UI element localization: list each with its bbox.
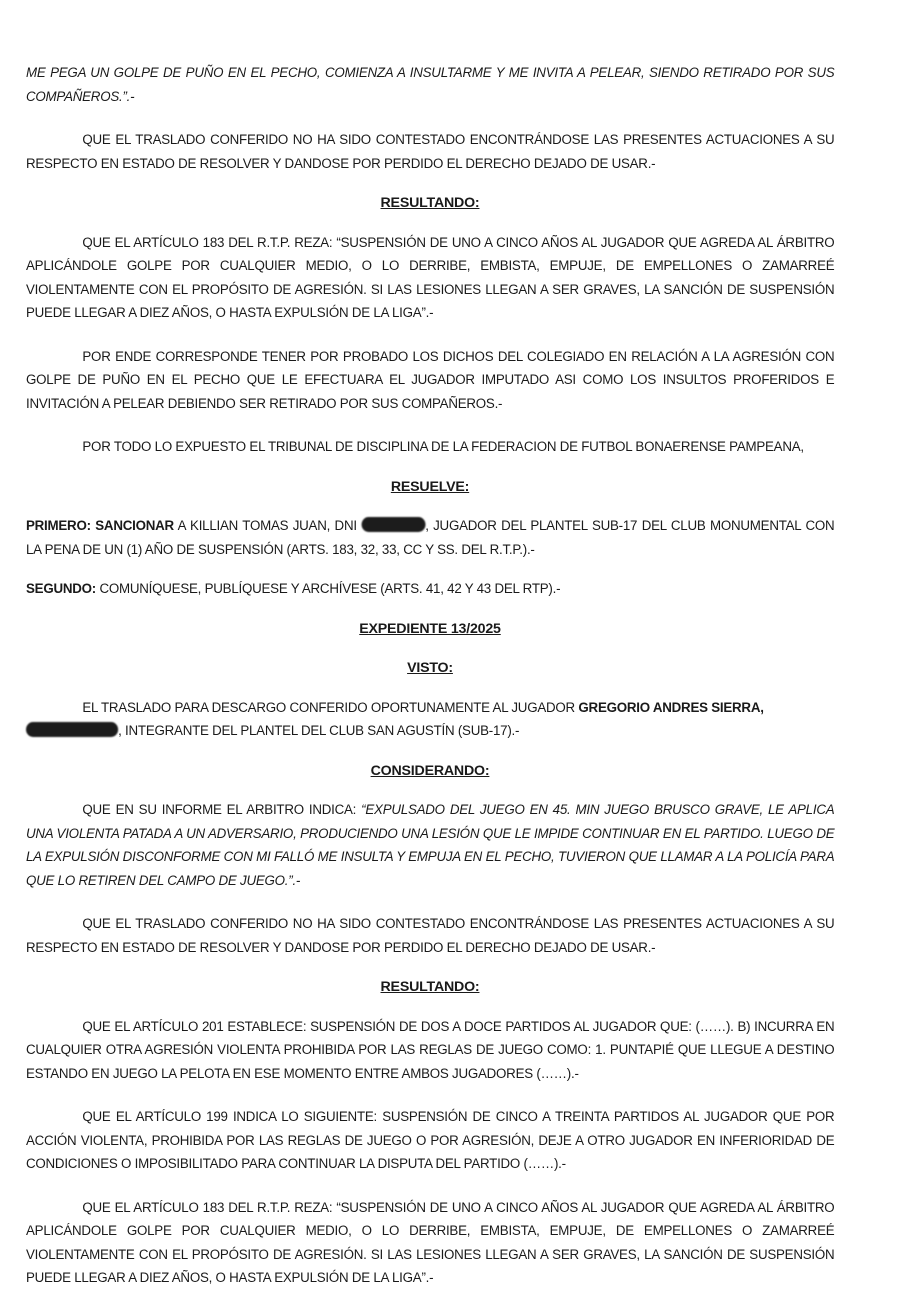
article-183-paragraph-2: QUE EL ARTÍCULO 183 DEL R.T.P. REZA: “SU… xyxy=(26,1197,834,1291)
visto-paragraph: EL TRASLADO PARA DESCARGO CONFERIDO OPOR… xyxy=(26,697,834,744)
redacted-dni xyxy=(361,517,425,532)
referee-quote-end: ME PEGA UN GOLPE DE PUÑO EN EL PECHO, CO… xyxy=(26,62,834,109)
considerando-lead: QUE EN SU INFORME EL ARBITRO INDICA: xyxy=(82,802,356,818)
article-201-paragraph: QUE EL ARTÍCULO 201 ESTABLECE: SUSPENSIÓ… xyxy=(26,1016,834,1087)
traslado-paragraph: QUE EL TRASLADO CONFERIDO NO HA SIDO CON… xyxy=(26,129,834,176)
por-todo-paragraph: POR TODO LO EXPUESTO EL TRIBUNAL DE DISC… xyxy=(26,436,834,460)
resolution-segundo: SEGUNDO: COMUNÍQUESE, PUBLÍQUESE Y ARCHÍ… xyxy=(26,578,834,602)
heading-expediente: EXPEDIENTE 13/2025 xyxy=(26,618,834,642)
article-183-paragraph: QUE EL ARTÍCULO 183 DEL R.T.P. REZA: “SU… xyxy=(26,232,834,326)
heading-resuelve: RESUELVE: xyxy=(26,476,834,500)
considerando-paragraph: QUE EN SU INFORME EL ARBITRO INDICA: “EX… xyxy=(26,799,834,893)
visto-text: EL TRASLADO PARA DESCARGO CONFERIDO OPOR… xyxy=(82,700,575,716)
heading-resultando-2: RESULTANDO: xyxy=(26,976,834,1000)
heading-considerando: CONSIDERANDO: xyxy=(26,760,834,784)
segundo-text: COMUNÍQUESE, PUBLÍQUESE Y ARCHÍVESE (ART… xyxy=(99,581,560,597)
por-ende-paragraph: POR ENDE CORRESPONDE TENER POR PROBADO L… xyxy=(26,346,834,417)
visto-text-after: , INTEGRANTE DEL PLANTEL DEL CLUB SAN AG… xyxy=(118,723,519,739)
resolution-primero: PRIMERO: SANCIONAR A KILLIAN TOMAS JUAN,… xyxy=(26,515,834,562)
heading-resultando: RESULTANDO: xyxy=(26,192,834,216)
article-199-paragraph: QUE EL ARTÍCULO 199 INDICA LO SIGUIENTE:… xyxy=(26,1106,834,1177)
segundo-label: SEGUNDO: xyxy=(26,581,96,597)
heading-visto: VISTO: xyxy=(26,657,834,681)
primero-text-before: A KILLIAN TOMAS JUAN, DNI xyxy=(178,518,357,534)
redacted-id xyxy=(26,722,118,737)
traslado-paragraph-2: QUE EL TRASLADO CONFERIDO NO HA SIDO CON… xyxy=(26,913,834,960)
player-name: GREGORIO ANDRES SIERRA, xyxy=(578,700,763,716)
primero-verb: SANCIONAR xyxy=(95,518,174,534)
document-page: ME PEGA UN GOLPE DE PUÑO EN EL PECHO, CO… xyxy=(26,62,834,1291)
primero-label: PRIMERO: xyxy=(26,518,91,534)
